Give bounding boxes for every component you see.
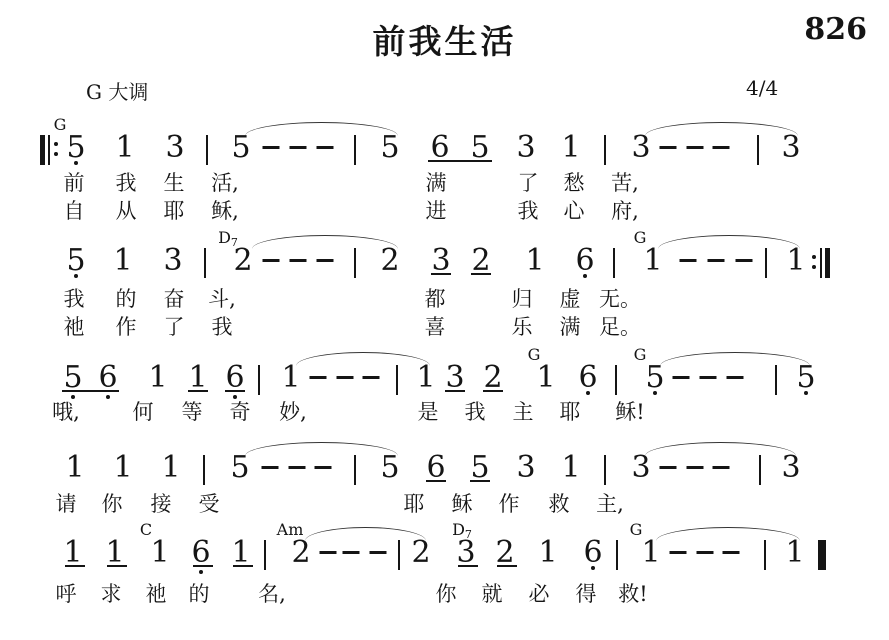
- note: 6: [575, 244, 594, 278]
- slur-arc: [252, 235, 398, 249]
- eighth-underline: [193, 565, 213, 567]
- note: 2: [411, 536, 430, 570]
- held-note-dash: [315, 466, 332, 469]
- eighth-underline: [483, 390, 503, 392]
- lyric-char: 我: [518, 200, 539, 223]
- barline: [764, 540, 766, 570]
- slur-arc: [645, 122, 798, 136]
- lyric-char: 我: [465, 401, 486, 424]
- slur-arc: [645, 442, 796, 456]
- note: 5: [380, 131, 399, 165]
- note: 1: [113, 451, 132, 485]
- lyric-char: 耶: [164, 200, 185, 223]
- lyric-char: 归: [512, 288, 533, 311]
- lyric-char: 稣!: [615, 401, 644, 424]
- octave-dot: [74, 161, 78, 165]
- held-note-dash: [290, 259, 307, 262]
- note: 3: [781, 131, 800, 165]
- note: 5: [66, 244, 85, 278]
- octave-dot: [106, 395, 110, 399]
- note: 1: [113, 244, 132, 278]
- eighth-underline: [225, 390, 245, 392]
- octave-dot: [583, 274, 587, 278]
- note: 1: [641, 536, 660, 570]
- barline: [354, 135, 356, 165]
- lyric-char: 哦,: [52, 401, 80, 424]
- slur-arc: [658, 235, 800, 249]
- held-note-dash: [697, 551, 714, 554]
- held-note-dash: [310, 376, 327, 379]
- note: 1: [561, 451, 580, 485]
- lyric-char: 稣: [452, 493, 473, 516]
- held-note-dash: [713, 146, 730, 149]
- held-note-dash: [708, 259, 725, 262]
- note: 5: [66, 131, 85, 165]
- barline: [775, 365, 777, 395]
- barline: [604, 135, 606, 165]
- barline: [204, 248, 206, 278]
- held-note-dash: [317, 146, 334, 149]
- note: 1: [150, 536, 169, 570]
- lyric-char: 生: [164, 172, 185, 195]
- held-note-dash: [262, 466, 279, 469]
- eighth-underline: [497, 565, 517, 567]
- lyric-char: 的: [116, 288, 137, 311]
- lyric-char: 活,: [211, 172, 239, 195]
- note: 3: [516, 131, 535, 165]
- held-note-dash: [289, 466, 306, 469]
- note: 5: [645, 361, 664, 395]
- lyric-char: 愁: [564, 172, 585, 195]
- eighth-underline: [458, 565, 478, 567]
- lyric-char: 斗,: [208, 288, 236, 311]
- lyric-char: 我: [212, 316, 233, 339]
- held-note-dash: [263, 146, 280, 149]
- lyric-char: 都: [425, 288, 446, 311]
- note: 1: [536, 361, 555, 395]
- lyric-char: 了: [518, 172, 539, 195]
- note: 1: [161, 451, 180, 485]
- held-note-dash: [700, 376, 717, 379]
- held-note-dash: [673, 376, 690, 379]
- lyric-char: 呼: [56, 583, 77, 606]
- barline: [757, 135, 759, 165]
- held-note-dash: [317, 259, 334, 262]
- note: 3: [781, 451, 800, 485]
- note: 1: [281, 361, 300, 395]
- lyric-char: 是: [418, 401, 439, 424]
- lyric-char: 祂: [64, 316, 85, 339]
- note: 1: [643, 244, 662, 278]
- held-note-dash: [723, 551, 740, 554]
- held-note-dash: [337, 376, 354, 379]
- barline: [765, 248, 767, 278]
- lyric-char: 妙,: [279, 401, 307, 424]
- lyric-char: 足。: [599, 316, 641, 339]
- note: 2: [380, 244, 399, 278]
- held-note-dash: [660, 146, 677, 149]
- lyric-char: 受: [199, 493, 220, 516]
- lyric-char: 我: [64, 288, 85, 311]
- barline: [398, 540, 400, 570]
- note: 3: [516, 451, 535, 485]
- final-barline: [818, 540, 826, 570]
- lyric-char: 满: [426, 172, 447, 195]
- held-note-dash: [727, 376, 744, 379]
- barline: [396, 365, 398, 395]
- lyric-char: 无。: [599, 288, 641, 311]
- lyric-char: 耶: [560, 401, 581, 424]
- lyric-char: 耶: [404, 493, 425, 516]
- note: 2: [233, 244, 252, 278]
- slur-arc: [660, 352, 810, 366]
- barline: [264, 540, 266, 570]
- lyric-char: 救!: [618, 583, 647, 606]
- slur-arc: [245, 442, 398, 456]
- lyric-char: 稣,: [211, 200, 239, 223]
- lyric-char: 等: [182, 401, 203, 424]
- lyric-char: 你: [436, 583, 457, 606]
- lyric-char: 喜: [425, 316, 446, 339]
- note: 2: [291, 536, 310, 570]
- note: 3: [631, 131, 650, 165]
- note: 6: [578, 361, 597, 395]
- lyric-char: 满: [560, 316, 581, 339]
- lyric-char: 进: [426, 200, 447, 223]
- barline: [258, 365, 260, 395]
- lyric-char: 奇: [230, 401, 251, 424]
- lyric-char: 就: [482, 583, 503, 606]
- barline: [203, 455, 205, 485]
- lyric-char: 何: [133, 401, 154, 424]
- held-note-dash: [687, 466, 704, 469]
- eighth-underline: [188, 390, 208, 392]
- eighth-underline: [471, 273, 491, 275]
- note: 1: [65, 451, 84, 485]
- barline: [613, 248, 615, 278]
- barline: [759, 455, 761, 485]
- note: 3: [163, 244, 182, 278]
- octave-dot: [233, 395, 237, 399]
- lyric-char: 的: [189, 583, 210, 606]
- note: 1: [115, 131, 134, 165]
- lyric-char: 作: [116, 316, 137, 339]
- barline: [354, 455, 356, 485]
- held-note-dash: [363, 376, 380, 379]
- lyric-char: 主,: [596, 493, 624, 516]
- lyric-char: 名,: [258, 583, 286, 606]
- lyric-char: 苦,: [611, 172, 639, 195]
- eighth-underline: [428, 160, 492, 162]
- octave-dot: [71, 395, 75, 399]
- lyric-char: 求: [101, 583, 122, 606]
- note: 1: [561, 131, 580, 165]
- note: 1: [148, 361, 167, 395]
- held-note-dash: [660, 466, 677, 469]
- eighth-underline: [233, 565, 253, 567]
- lyric-char: 接: [151, 493, 172, 516]
- lyric-char: 乐: [512, 316, 533, 339]
- eighth-underline: [426, 480, 446, 482]
- eighth-underline: [62, 390, 119, 392]
- eighth-underline: [107, 565, 127, 567]
- eighth-underline: [431, 273, 451, 275]
- note: 1: [786, 244, 805, 278]
- lyric-char: 作: [499, 493, 520, 516]
- chord-label: G: [54, 117, 67, 133]
- slur-arc: [296, 352, 430, 366]
- note: 3: [631, 451, 650, 485]
- lyric-char: 奋: [164, 288, 185, 311]
- note: 1: [416, 361, 435, 395]
- lyric-char: 祂: [146, 583, 167, 606]
- eighth-underline: [445, 390, 465, 392]
- held-note-dash: [290, 146, 307, 149]
- held-note-dash: [320, 551, 337, 554]
- note: 1: [525, 244, 544, 278]
- lyric-char: 你: [102, 493, 123, 516]
- octave-dot: [199, 570, 203, 574]
- lyric-char: 得: [576, 583, 597, 606]
- barline: [616, 540, 618, 570]
- note: 5: [231, 131, 250, 165]
- lyric-char: 救: [549, 493, 570, 516]
- octave-dot: [804, 391, 808, 395]
- held-note-dash: [736, 259, 753, 262]
- barline: [615, 365, 617, 395]
- lyric-char: 府,: [611, 200, 639, 223]
- slur-arc: [656, 527, 800, 541]
- note: 1: [538, 536, 557, 570]
- note: 3: [165, 131, 184, 165]
- lyric-char: 了: [164, 316, 185, 339]
- lyric-char: 我: [116, 172, 137, 195]
- slur-arc: [305, 527, 426, 541]
- octave-dot: [586, 391, 590, 395]
- lyric-char: 从: [116, 200, 137, 223]
- lyric-char: 自: [64, 200, 85, 223]
- lyric-char: 心: [564, 200, 585, 223]
- held-note-dash: [687, 146, 704, 149]
- barline: [604, 455, 606, 485]
- barline: [206, 135, 208, 165]
- score: G51355653133513D7223216G11561161132G16G5…: [0, 0, 889, 640]
- held-note-dash: [263, 259, 280, 262]
- octave-dot: [591, 566, 595, 570]
- lyric-char: 主: [513, 401, 534, 424]
- lyric-char: 虚: [560, 288, 581, 311]
- lyric-char: 必: [529, 583, 550, 606]
- held-note-dash: [713, 466, 730, 469]
- note: 5: [380, 451, 399, 485]
- slur-arc: [245, 122, 398, 136]
- eighth-underline: [470, 480, 490, 482]
- octave-dot: [74, 274, 78, 278]
- held-note-dash: [670, 551, 687, 554]
- held-note-dash: [370, 551, 387, 554]
- note: 5: [796, 361, 815, 395]
- note: 5: [230, 451, 249, 485]
- held-note-dash: [343, 551, 360, 554]
- lyric-char: 前: [64, 172, 85, 195]
- eighth-underline: [65, 565, 85, 567]
- barline: [354, 248, 356, 278]
- note: 1: [785, 536, 804, 570]
- held-note-dash: [680, 259, 697, 262]
- octave-dot: [653, 391, 657, 395]
- note: 6: [583, 536, 602, 570]
- lyric-char: 请: [56, 493, 77, 516]
